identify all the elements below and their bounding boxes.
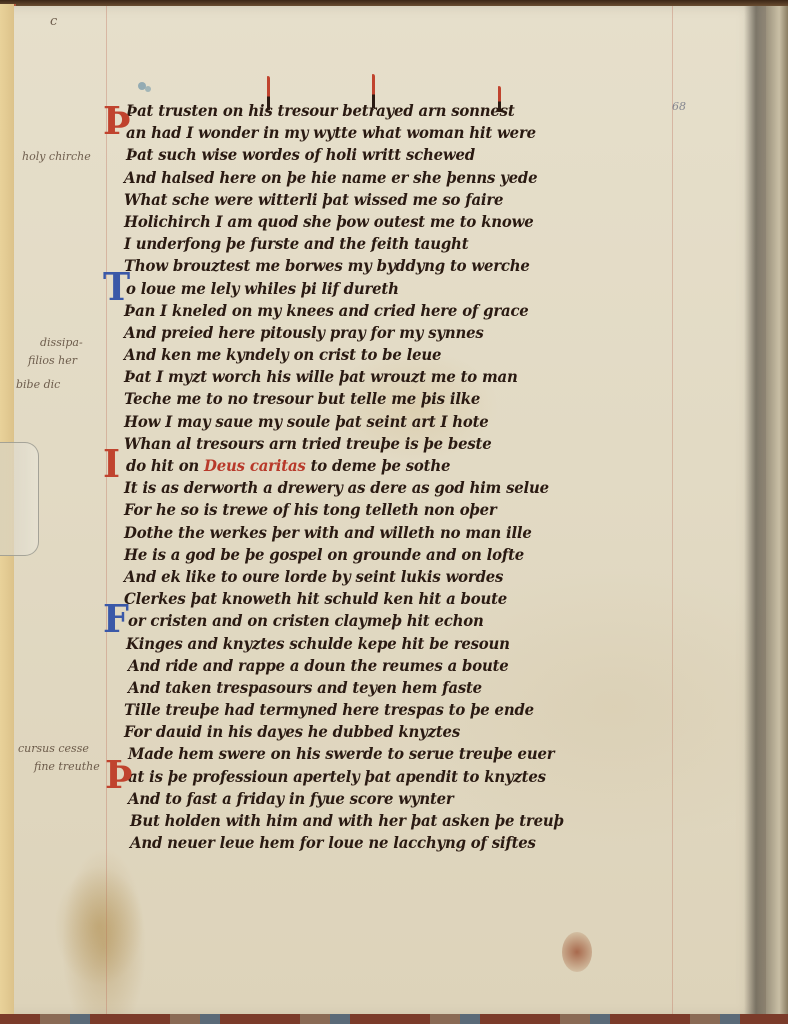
- line-text: And halsed here on þe hie name er she þe…: [124, 168, 537, 187]
- marginal-note: cursus cesse: [18, 742, 89, 755]
- text-line: To loue me lely whiles þi lif dureth: [126, 278, 642, 300]
- line-text: He is a god be þe gospel on grounde and …: [124, 545, 524, 564]
- ruling-line-right: [672, 6, 673, 1016]
- line-text: do hit on: [126, 456, 204, 475]
- text-line: For cristen and on cristen claymeþ hit e…: [128, 610, 643, 632]
- text-line: Þat is þe professioun apertely þat apend…: [128, 766, 643, 788]
- line-text: at is þe professioun apertely þat apendi…: [128, 767, 546, 786]
- line-text: And ken me kyndely on crist to be leue: [124, 345, 441, 364]
- gutter-shadow: [744, 6, 766, 1016]
- line-text: And ride and rappe a doun the reumes a b…: [128, 656, 509, 675]
- line-text: And ek like to oure lorde by seint lukis…: [124, 567, 503, 586]
- line-text: And neuer leue hem for loue ne lacchyng …: [130, 833, 536, 852]
- text-line: Þat trusten on his tresour betrayed arn …: [126, 100, 642, 122]
- marginal-note: filios her: [28, 354, 77, 367]
- text-line: I underfong þe furste and the feith taug…: [124, 233, 642, 255]
- line-text: Þat I myzt worch his wille þat wrouzt me…: [124, 367, 518, 386]
- line-text: or cristen and on cristen claymeþ hit ec…: [128, 611, 484, 630]
- rubric-deus-caritas: Deus caritas: [204, 456, 306, 475]
- text-line: Þat I myzt worch his wille þat wrouzt me…: [124, 366, 642, 388]
- text-line: Clerkes þat knoweth hit schuld ken hit a…: [124, 588, 642, 610]
- line-text: And taken trespasours and teyen hem fast…: [128, 678, 482, 697]
- text-line: For he so is trewe of his tong telleth n…: [124, 499, 642, 521]
- line-text: Þan I kneled on my knees and cried here …: [124, 301, 529, 320]
- text-line: Þat such wise wordes of holi writt schew…: [126, 144, 642, 166]
- red-initial: Þ: [103, 106, 130, 136]
- text-line: For dauid in his dayes he dubbed knyztes: [124, 721, 642, 743]
- binding-bottom-edge: [0, 1014, 788, 1024]
- text-line: Thow brouztest me borwes my byddyng to w…: [124, 255, 642, 277]
- line-text: Whan al tresours arn tried treuþe is þe …: [124, 434, 492, 453]
- water-stain: [54, 866, 144, 986]
- line-text: I underfong þe furste and the feith taug…: [124, 234, 468, 253]
- text-line: And preied here pitously pray for my syn…: [124, 322, 642, 344]
- line-text: Þat such wise wordes of holi writt schew…: [126, 145, 475, 164]
- text-line: Whan al tresours arn tried treuþe is þe …: [124, 433, 642, 455]
- folio-number: 68: [672, 100, 686, 113]
- text-line: And taken trespasours and teyen hem fast…: [128, 677, 643, 699]
- line-text: It is as derworth a drewery as dere as g…: [124, 478, 549, 497]
- marginal-note: holy chirche: [22, 150, 91, 163]
- text-line: How I may saue my soule þat seint art I …: [124, 411, 642, 433]
- line-text: o loue me lely whiles þi lif dureth: [126, 279, 399, 298]
- ink-stain: [562, 932, 592, 972]
- page-tab-marker[interactable]: [0, 442, 39, 556]
- red-initial: I: [103, 449, 120, 479]
- text-line: Þan I kneled on my knees and cried here …: [124, 300, 642, 322]
- text-line: Tille treuþe had termyned here trespas t…: [124, 699, 642, 721]
- text-line: And neuer leue hem for loue ne lacchyng …: [130, 832, 643, 854]
- text-line: But holden with him and with her þat ask…: [130, 810, 643, 832]
- text-line: It is as derworth a drewery as dere as g…: [124, 477, 642, 499]
- line-text: How I may saue my soule þat seint art I …: [124, 412, 489, 431]
- line-text: What sche were witterli þat wissed me so…: [124, 190, 503, 209]
- line-text: Thow brouztest me borwes my byddyng to w…: [124, 256, 530, 275]
- line-text: For he so is trewe of his tong telleth n…: [124, 500, 497, 519]
- text-line: Kinges and knyztes schulde kepe hit be r…: [126, 633, 642, 655]
- text-line: Dothe the werkes þer with and willeth no…: [124, 522, 642, 544]
- line-text: an had I wonder in my wytte what woman h…: [126, 123, 536, 142]
- line-text: Teche me to no tresour but telle me þis …: [124, 389, 480, 408]
- red-initial: Þ: [105, 760, 132, 790]
- marginal-note: fine treuthe: [34, 760, 100, 773]
- marginal-note: dissipa-: [40, 336, 83, 349]
- line-text: Clerkes þat knoweth hit schuld ken hit a…: [124, 589, 507, 608]
- line-text: And to fast a friday in fyue score wynte…: [128, 789, 454, 808]
- line-text: For dauid in his dayes he dubbed knyztes: [124, 722, 460, 741]
- blue-initial: F: [103, 604, 129, 634]
- top-left-mark: c: [50, 14, 57, 29]
- line-text: But holden with him and with her þat ask…: [130, 811, 564, 830]
- line-text: And preied here pitously pray for my syn…: [124, 323, 484, 342]
- text-line: And ride and rappe a doun the reumes a b…: [128, 655, 643, 677]
- text-block: Þat trusten on his tresour betrayed arn …: [104, 100, 664, 854]
- line-text: Kinges and knyztes schulde kepe hit be r…: [126, 634, 510, 653]
- line-text: Dothe the werkes þer with and willeth no…: [124, 523, 532, 542]
- text-line: I do hit on Deus caritas to deme þe soth…: [126, 455, 642, 477]
- text-line: Teche me to no tresour but telle me þis …: [124, 388, 642, 410]
- line-text: Holichirch I am quod she þow outest me t…: [124, 212, 534, 231]
- line-text: Tille treuþe had termyned here trespas t…: [124, 700, 534, 719]
- blue-initial: T: [103, 272, 130, 302]
- text-line: Holichirch I am quod she þow outest me t…: [124, 211, 642, 233]
- line-text: to deme þe sothe: [306, 456, 451, 475]
- text-line: And ken me kyndely on crist to be leue: [124, 344, 642, 366]
- text-line: What sche were witterli þat wissed me so…: [124, 189, 642, 211]
- blue-ink-dots: [138, 82, 146, 90]
- line-text: Made hem swere on his swerde to serue tr…: [128, 744, 554, 763]
- text-line: And to fast a friday in fyue score wynte…: [128, 788, 643, 810]
- line-text: Þat trusten on his tresour betrayed arn …: [126, 101, 515, 120]
- marginal-note: bibe dic: [16, 378, 60, 391]
- binding-gutter: [766, 6, 788, 1016]
- text-line: And ek like to oure lorde by seint lukis…: [124, 566, 642, 588]
- text-line: He is a god be þe gospel on grounde and …: [124, 544, 642, 566]
- text-line: Made hem swere on his swerde to serue tr…: [128, 743, 643, 765]
- text-line: Þan had I wonder in my wytte what woman …: [126, 122, 642, 144]
- text-line: And halsed here on þe hie name er she þe…: [124, 167, 642, 189]
